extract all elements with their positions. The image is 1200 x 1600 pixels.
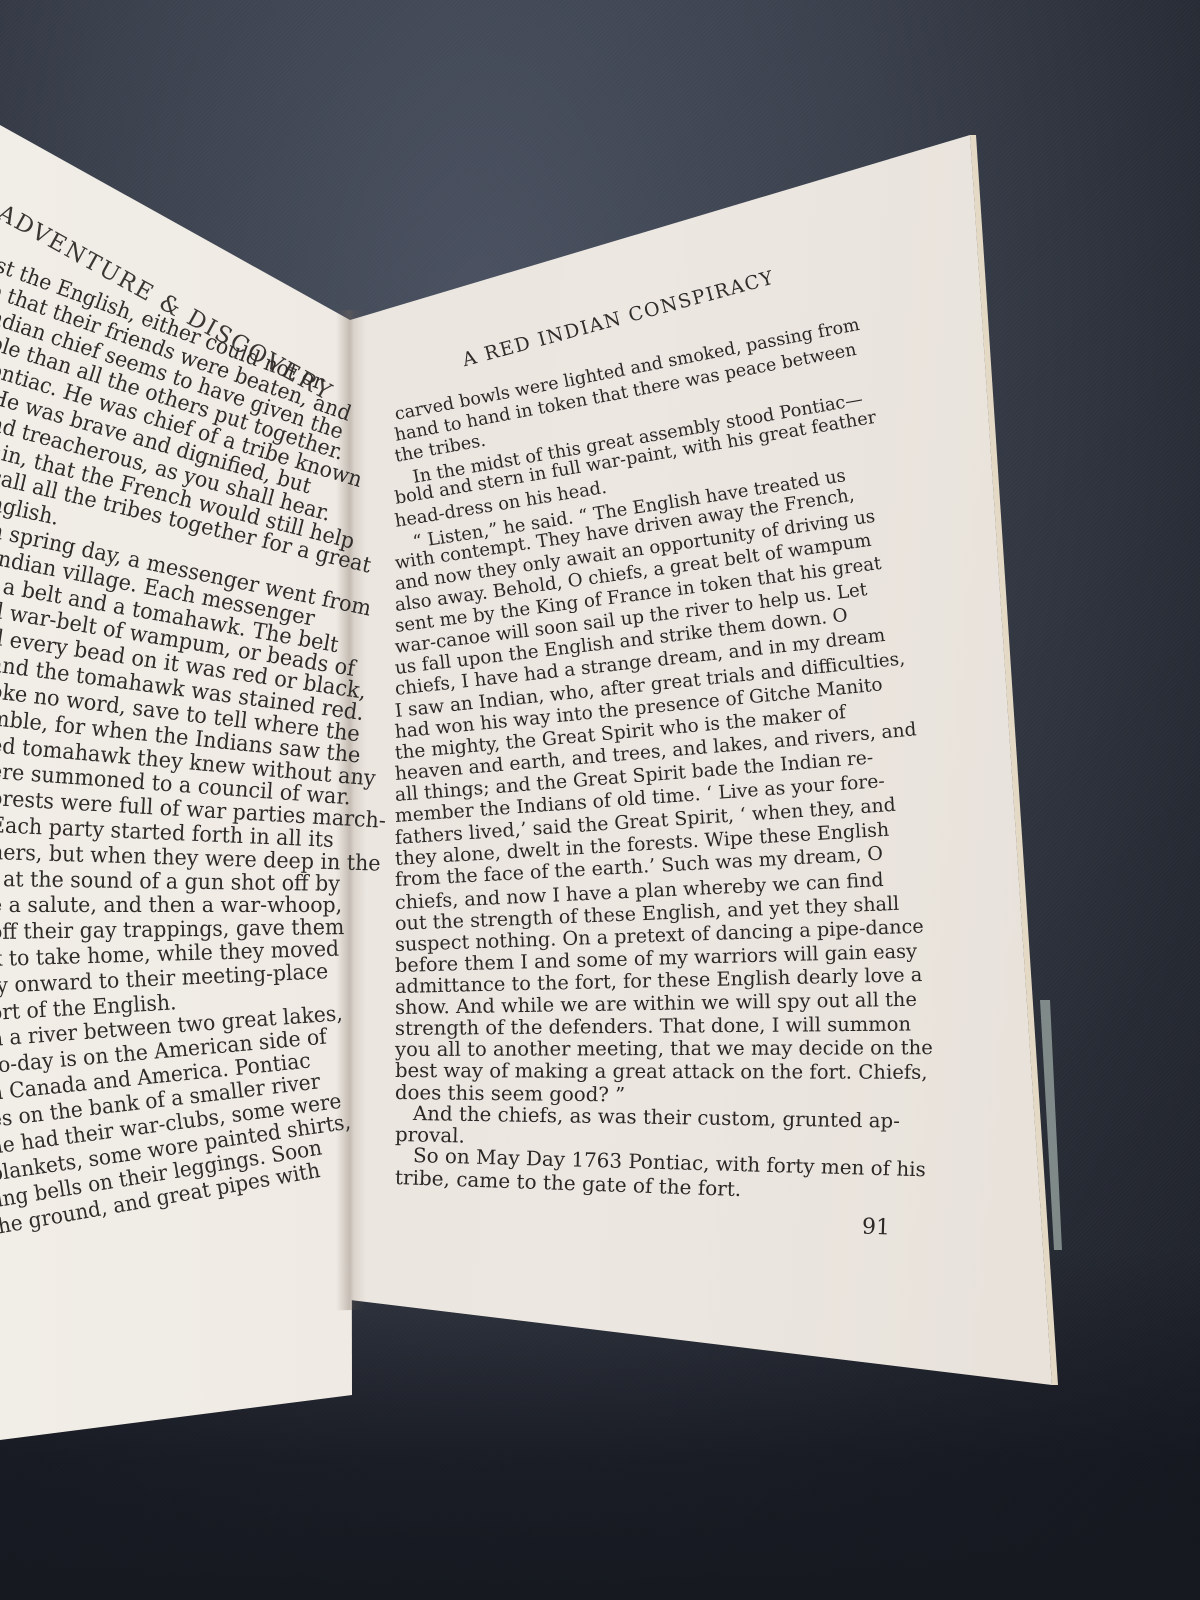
text-line: best way of making a great attack on the… [395, 1059, 928, 1084]
page-number: 91 [862, 1215, 891, 1241]
text-line: you all to another meeting, that we may … [395, 1036, 933, 1061]
